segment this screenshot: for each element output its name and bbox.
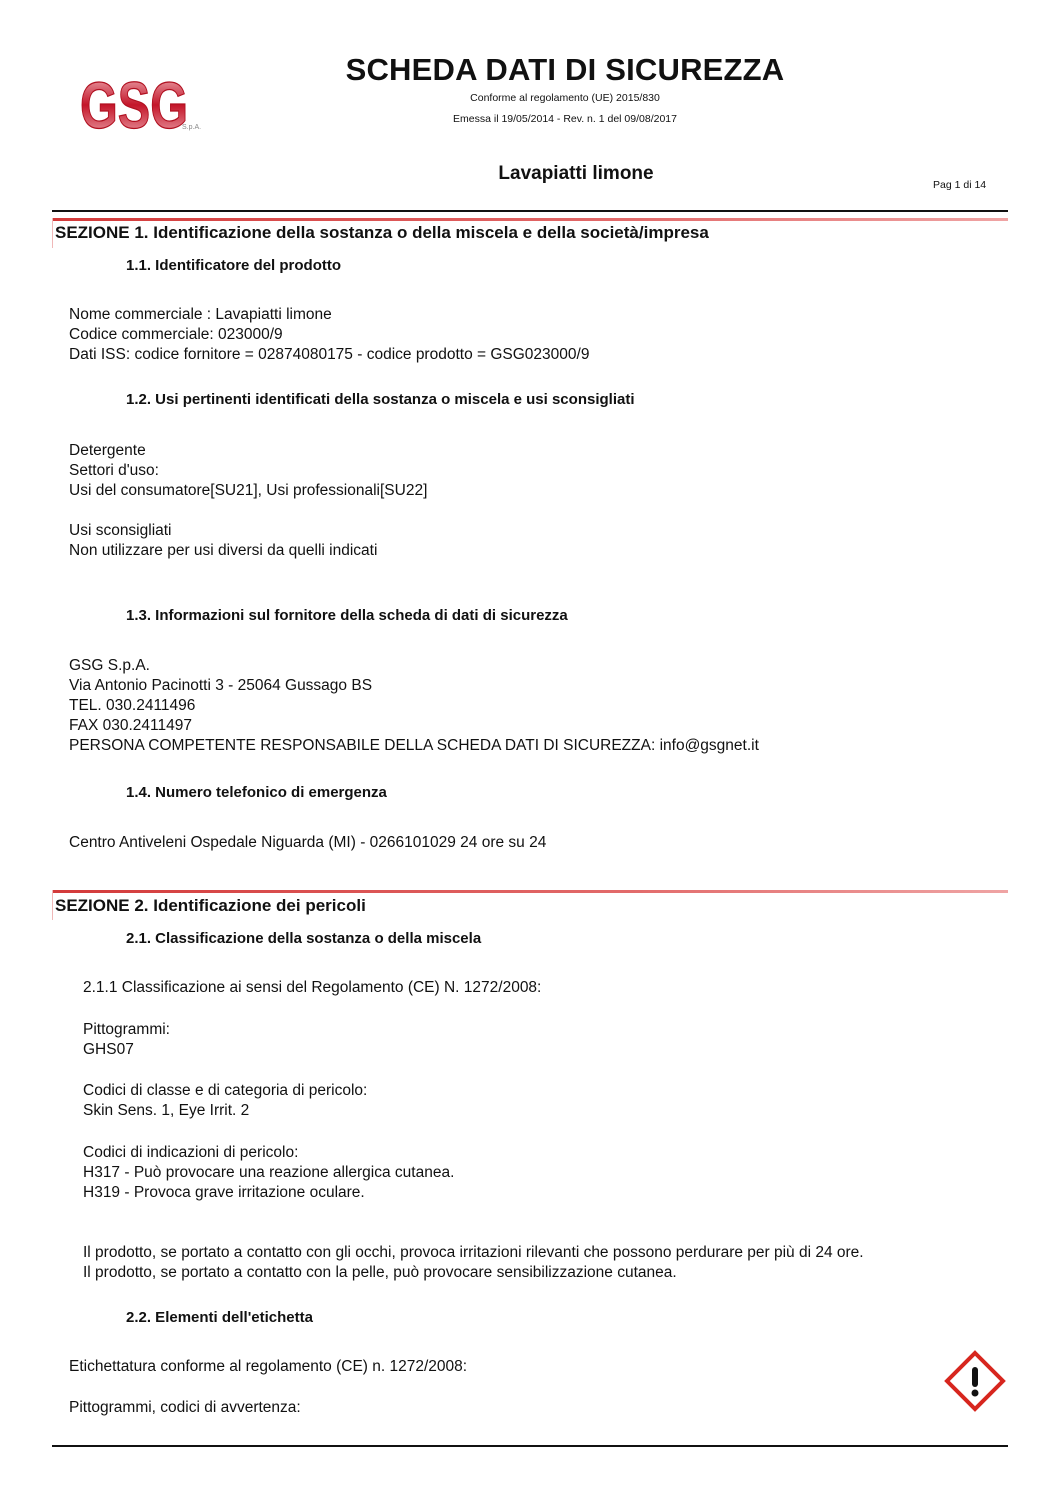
- supplier-line: Via Antonio Pacinotti 3 - 25064 Gussago …: [69, 676, 372, 696]
- use-line: Settori d'uso:: [69, 461, 159, 481]
- classification-line: Skin Sens. 1, Eye Irrit. 2: [83, 1101, 249, 1121]
- section-2-title: SEZIONE 2. Identificazione dei pericoli: [55, 896, 366, 916]
- use-line: Usi del consumatore[SU21], Usi professio…: [69, 481, 427, 501]
- classification-line: Il prodotto, se portato a contatto con l…: [83, 1263, 677, 1283]
- footer-divider: [52, 1445, 1008, 1447]
- iss-data: Dati ISS: codice fornitore = 02874080175…: [69, 345, 589, 365]
- supplier-line: FAX 030.2411497: [69, 716, 192, 736]
- section-1-edge: [52, 218, 53, 248]
- supplier-line: PERSONA COMPETENTE RESPONSABILE DELLA SC…: [69, 736, 759, 756]
- subsection-2-2-title: 2.2. Elementi dell'etichetta: [126, 1309, 313, 1326]
- supplier-line: TEL. 030.2411496: [69, 696, 195, 716]
- classification-line: GHS07: [83, 1040, 134, 1060]
- logo-suffix: S.p.A.: [182, 124, 201, 131]
- document-title: SCHEDA DATI DI SICUREZZA: [0, 52, 1059, 88]
- product-title: Lavapiatti limone: [0, 163, 1059, 185]
- trade-name: Nome commerciale : Lavapiatti limone: [69, 305, 332, 325]
- section-1-band: [52, 218, 1008, 221]
- section-1-title: SEZIONE 1. Identificazione della sostanz…: [55, 223, 709, 243]
- subsection-2-1-title: 2.1. Classificazione della sostanza o de…: [126, 930, 481, 947]
- classification-line: H319 - Provoca grave irritazione oculare…: [83, 1183, 365, 1203]
- label-line: Pittogrammi, codici di avvertenza:: [69, 1398, 301, 1418]
- header-divider: [52, 210, 1008, 212]
- classification-line: 2.1.1 Classificazione ai sensi del Regol…: [83, 978, 541, 998]
- supplier-line: GSG S.p.A.: [69, 656, 150, 676]
- use-line: Detergente: [69, 441, 146, 461]
- subsection-1-4-title: 1.4. Numero telefonico di emergenza: [126, 784, 387, 801]
- label-line: Etichettatura conforme al regolamento (C…: [69, 1357, 467, 1377]
- subsection-1-1-title: 1.1. Identificatore del prodotto: [126, 257, 341, 274]
- classification-line: H317 - Può provocare una reazione allerg…: [83, 1163, 454, 1183]
- classification-line: Pittogrammi:: [83, 1020, 170, 1040]
- classification-line: Il prodotto, se portato a contatto con g…: [83, 1243, 864, 1263]
- page-indicator: Pag 1 di 14: [933, 179, 986, 191]
- classification-line: Codici di indicazioni di pericolo:: [83, 1143, 298, 1163]
- emergency-line: Centro Antiveleni Ospedale Niguarda (MI)…: [69, 833, 546, 853]
- use-line: Non utilizzare per usi diversi da quelli…: [69, 541, 377, 561]
- subsection-1-3-title: 1.3. Informazioni sul fornitore della sc…: [126, 607, 568, 624]
- classification-line: Codici di classe e di categoria di peric…: [83, 1081, 367, 1101]
- section-2-edge: [52, 890, 53, 920]
- ghs07-exclamation-icon: [944, 1350, 1006, 1412]
- trade-code: Codice commerciale: 023000/9: [69, 325, 283, 345]
- issue-subtitle: Emessa il 19/05/2014 - Rev. n. 1 del 09/…: [0, 113, 1059, 125]
- use-line: Usi sconsigliati: [69, 521, 172, 541]
- subsection-1-2-title: 1.2. Usi pertinenti identificati della s…: [126, 391, 635, 408]
- regulation-subtitle: Conforme al regolamento (UE) 2015/830: [0, 92, 1059, 104]
- section-2-band: [52, 890, 1008, 893]
